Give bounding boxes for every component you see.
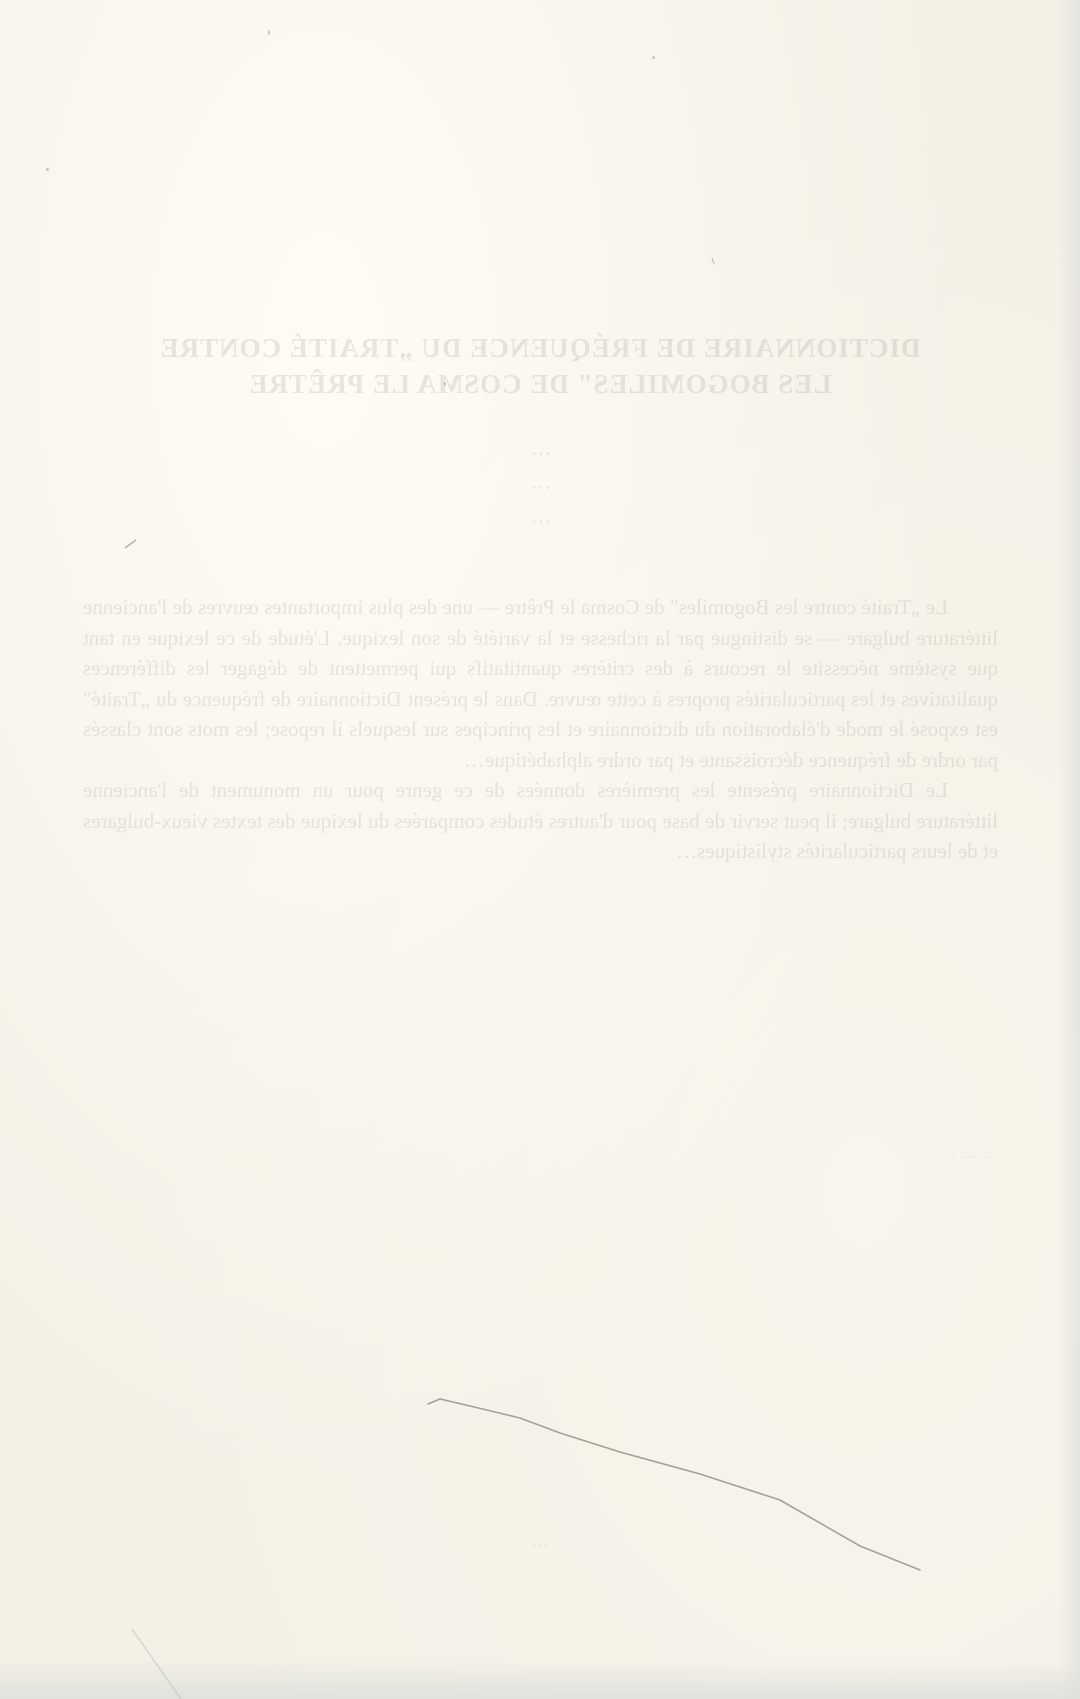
paper-page: DICTIONNAIRE DE FRÉQUENCE DU „TRAITÉ CON…	[0, 0, 1080, 1699]
show-through-abstract: … … …	[83, 1140, 998, 1166]
show-through-body: Le „Traité contre les Bogomiles" de Cosm…	[83, 592, 998, 867]
show-through-page-number: …	[0, 1530, 1080, 1551]
body-paragraph: Le Dictionnaire présente les premières d…	[83, 775, 998, 867]
show-through-author: … … …	[0, 432, 1080, 534]
show-through-title: DICTIONNAIRE DE FRÉQUENCE DU „TRAITÉ CON…	[0, 330, 1080, 402]
author-line: …	[0, 466, 1080, 500]
title-line: DICTIONNAIRE DE FRÉQUENCE DU „TRAITÉ CON…	[0, 330, 1080, 366]
show-through-text: DICTIONNAIRE DE FRÉQUENCE DU „TRAITÉ CON…	[0, 0, 1080, 1699]
paper-speck	[268, 30, 270, 35]
paper-speck	[46, 168, 49, 171]
paper-speck	[444, 382, 446, 386]
body-paragraph: Le „Traité contre les Bogomiles" de Cosm…	[83, 592, 998, 775]
title-line: LES BOGOMILES" DE COSMA LE PRÊTRE	[0, 366, 1080, 402]
paper-speck	[652, 56, 655, 59]
author-line: …	[0, 432, 1080, 466]
author-line: …	[0, 500, 1080, 534]
